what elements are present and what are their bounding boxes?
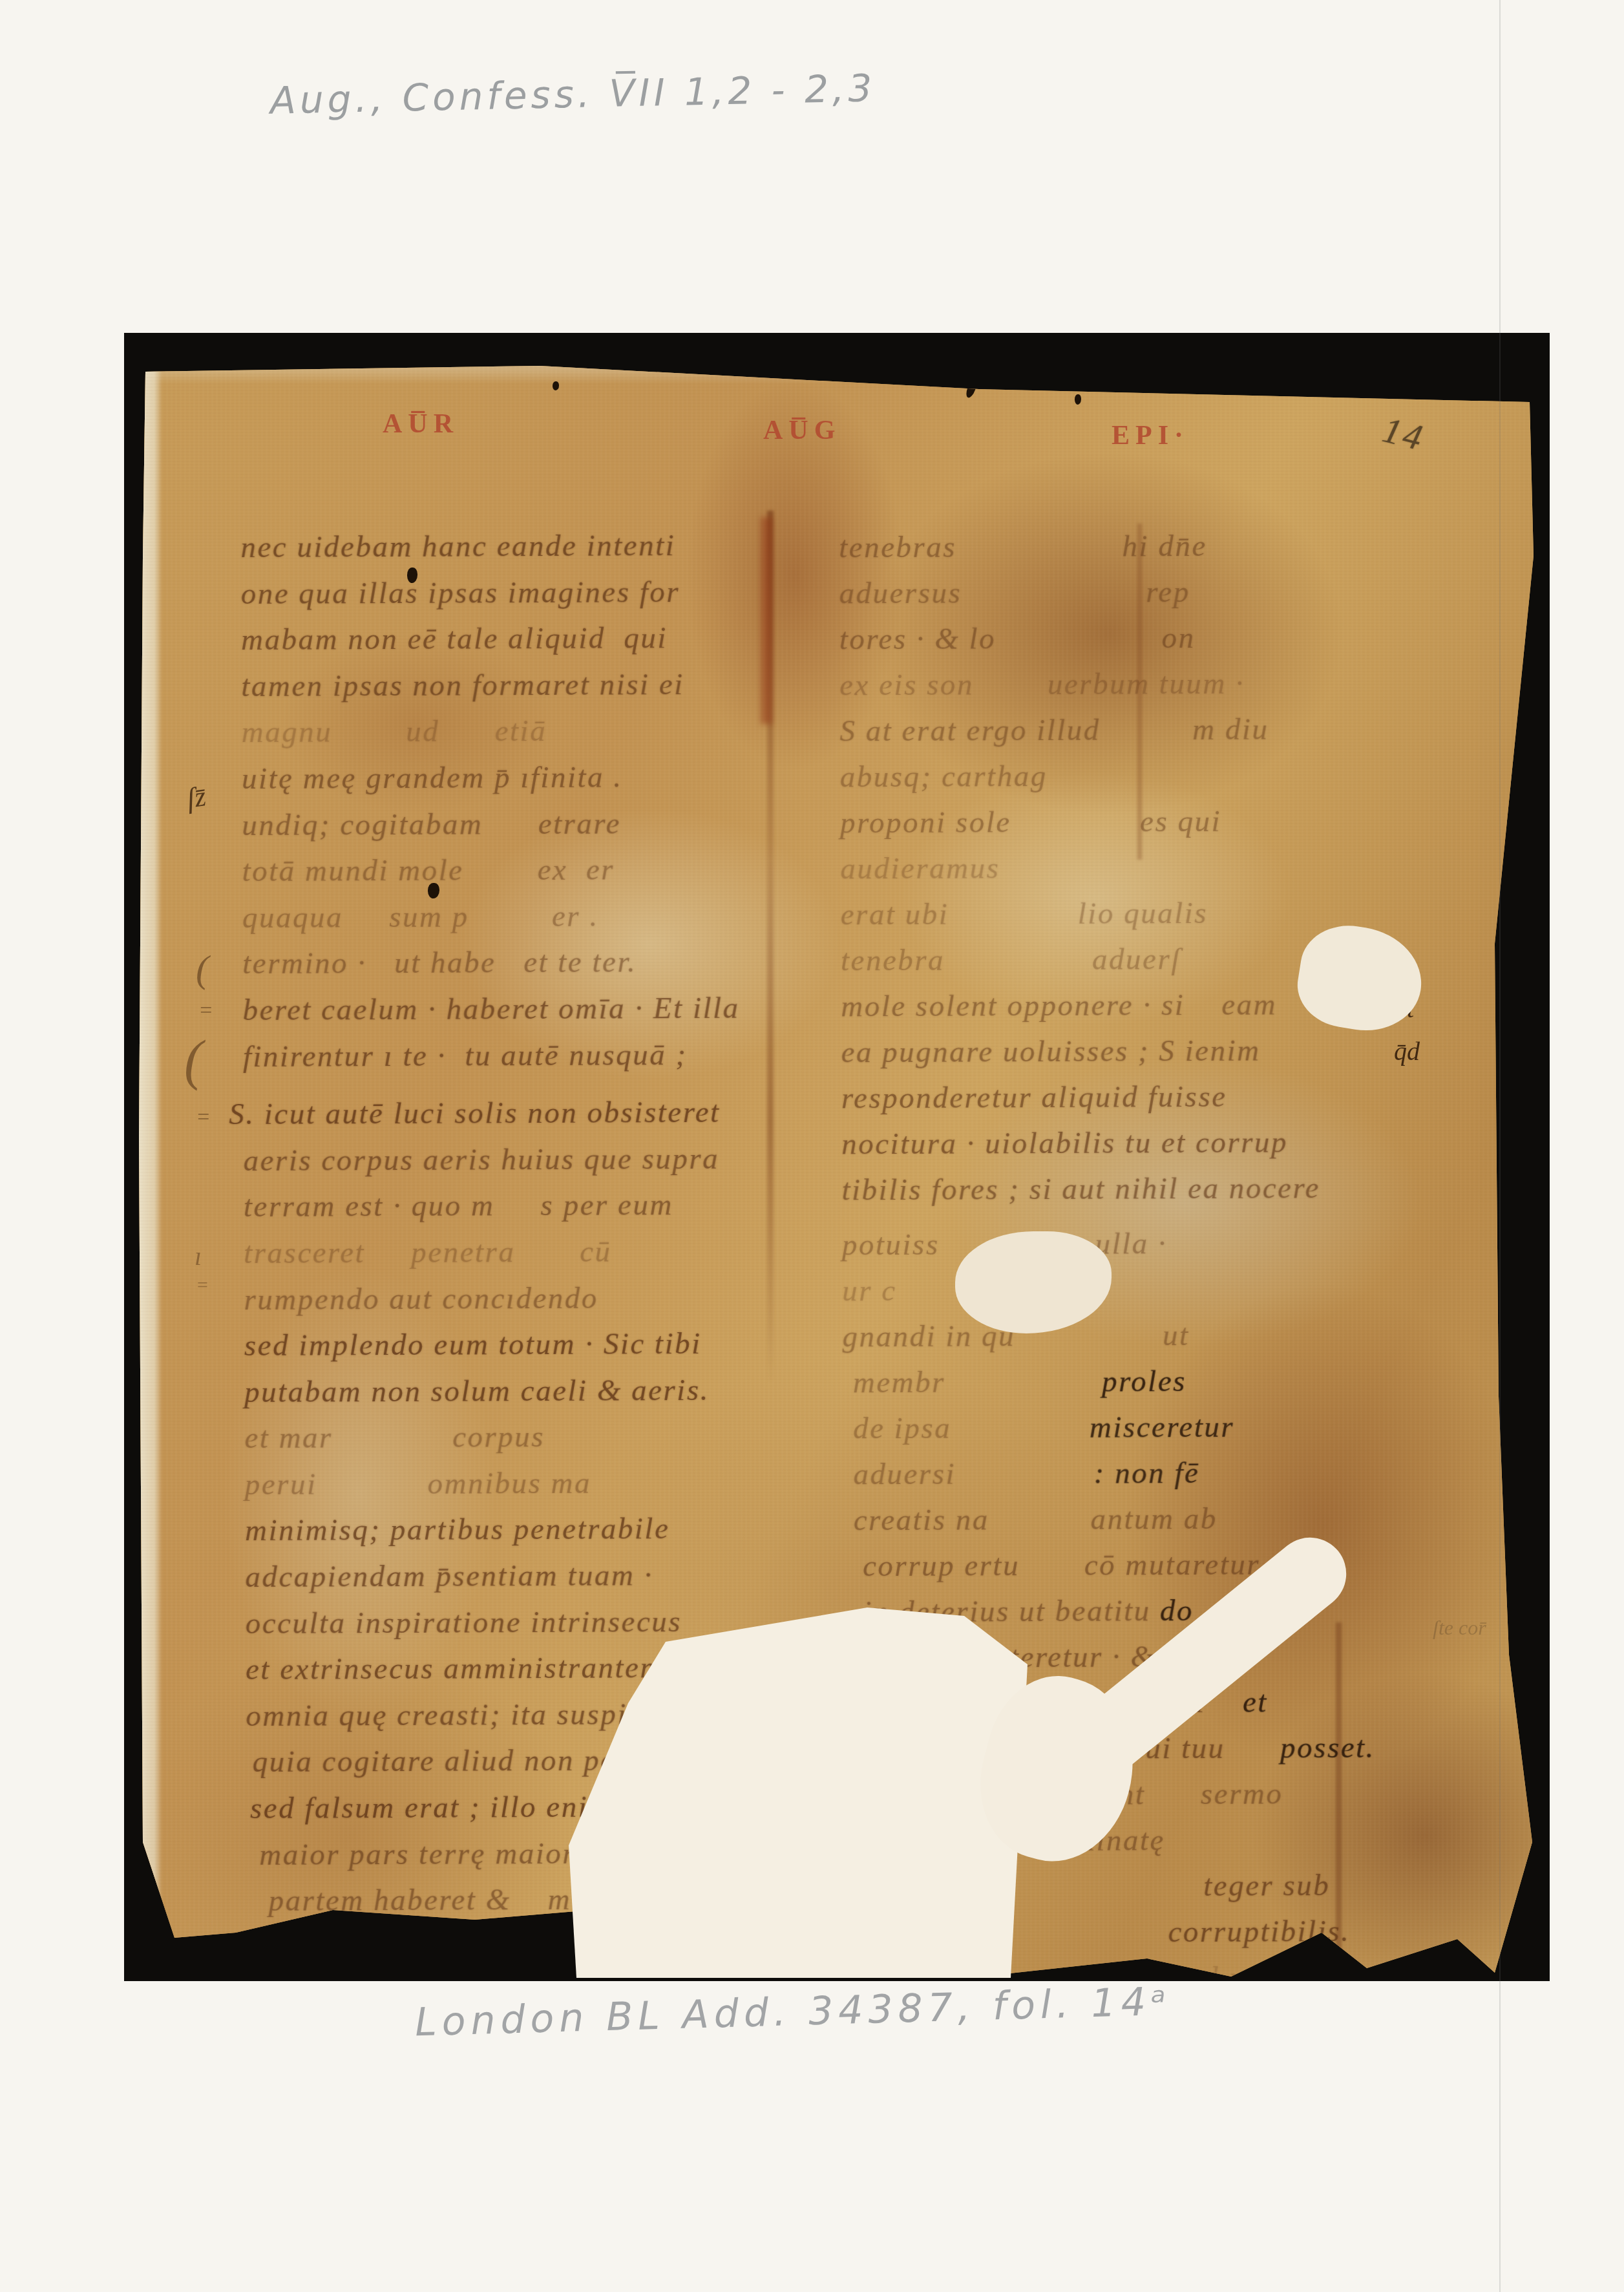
text-line: et mar corpus: [244, 1413, 839, 1462]
text-line: mole solent opponere · si eam: [841, 981, 1539, 1030]
text-line: ur c di: [842, 1266, 1540, 1315]
text-line: termino · ut habe et te ter.: [242, 939, 837, 988]
text-line: S. icut autē luci solis non obsisteret: [229, 1089, 838, 1138]
line-fragment: posset.: [1280, 1731, 1375, 1765]
line-fragment: mole solent opponere · si: [841, 988, 1221, 1024]
line-fragment: ed ıpſu: [1188, 1960, 1283, 1995]
marginal-mark: =: [198, 999, 213, 1023]
line-fragment: uerbum tuum ·: [1048, 667, 1245, 701]
rubric-aug: AU̅G: [763, 415, 841, 446]
text-line: ed ıpſu: [1188, 1954, 1543, 2001]
line-fragment: antum ab: [1090, 1502, 1217, 1536]
line-fragment: ex eis son: [839, 668, 1048, 702]
text-line: undiq; cogitabam etrare: [242, 800, 836, 849]
line-fragment: es qui: [1140, 805, 1221, 839]
photo-mount: AU̅R AU̅G EPI· 14 ſz̄ ( = ( = ı = ōt q̄…: [124, 333, 1550, 1981]
text-line: one qua illas ipsas imagines for: [241, 569, 836, 618]
line-fragment: rep: [1146, 575, 1190, 609]
text-line: nec uidebam hanc eande intenti: [240, 522, 835, 571]
line-fragment: ut: [1163, 1319, 1190, 1352]
text-line: beret caelum · haberet omīa · Et illa: [242, 985, 837, 1034]
line-fragment: sermo: [1201, 1777, 1283, 1811]
line-fragment: misceretur: [1090, 1410, 1235, 1445]
text-line: trasceret penetra cū: [244, 1228, 838, 1277]
marginal-mark: (: [196, 947, 209, 992]
text-line: audieramus: [840, 844, 1538, 893]
text-line: nocitura · uiolabilis tu et corrup: [841, 1119, 1539, 1168]
marginal-mark: (: [184, 1028, 203, 1092]
line-fragment: nocitura · uiolabilis tu et corrup: [841, 1125, 1288, 1161]
line-fragment: membr: [853, 1365, 1102, 1400]
scanned-page: { "colors":{ "page_white":"#f7f5f0", "mo…: [0, 0, 1624, 2292]
line-fragment: tibilis fores ; si aut nihil ea nocere: [841, 1171, 1320, 1207]
marginal-mark: =: [196, 1275, 209, 1297]
line-fragment: proles: [1102, 1364, 1186, 1399]
text-line: erat ubi lio qualis: [840, 889, 1538, 939]
text-line: corrup ertu cō mutaretur: [863, 1541, 1541, 1590]
line-fragment: erat ubi: [841, 897, 1078, 932]
line-fragment: et: [1243, 1685, 1268, 1719]
line-fragment: hi dn̄e: [1122, 529, 1207, 564]
text-line: de ipsa misceretur: [853, 1403, 1541, 1452]
text-line: tenebra aduerſ: [841, 935, 1539, 984]
text-line: mabam non eē tale aliquid qui: [241, 615, 836, 664]
line-fragment: tenebra: [841, 943, 1092, 978]
text-line: minimisq; partibus penetrabile: [245, 1505, 839, 1555]
line-fragment: teger sub: [1203, 1869, 1330, 1903]
text-line: ex eis son uerbum tuum ·: [839, 660, 1537, 709]
text-line: tenebras hi dn̄e: [839, 522, 1537, 571]
rubric-epi: EPI·: [1112, 420, 1189, 451]
line-fragment: corruptibilis.: [1168, 1915, 1350, 1949]
line-fragment: aduersi: [853, 1457, 1093, 1492]
text-line: finirentur ı te · tu autē nusquā ;: [243, 1032, 838, 1081]
text-line: tamen ipsas non formaret nisi ei: [241, 661, 836, 710]
line-fragment: tenebras: [839, 529, 1123, 564]
text-line: terram est · quo m s per eum: [244, 1182, 838, 1231]
text-line: aduersi : non fē: [853, 1449, 1541, 1498]
line-fragment: aduersus: [839, 575, 1146, 610]
line-fragment: S at erat ergo illud: [839, 713, 1192, 748]
text-line: magnu ud etiā: [242, 707, 836, 756]
line-fragment: tores · & lo: [839, 621, 1162, 656]
text-line: responderetur aliquid fuisse: [841, 1073, 1539, 1122]
top-pencil-annotation: Aug., Confess. V̅II 1,2 - 2,3: [269, 66, 876, 123]
text-line: quaqua sum p er .: [242, 893, 837, 942]
line-fragment: proponi sole: [840, 805, 1140, 840]
text-line: adcapiendam p̄sentiam tuam ·: [245, 1552, 839, 1601]
text-line: tores · & lo on: [839, 614, 1537, 663]
line-fragment: audieramus: [840, 851, 1000, 886]
text-line: uitę meę grandem p̄ ıfinita .: [242, 754, 836, 803]
text-line: totā mundi mole ex er: [242, 846, 836, 895]
text-line: tibilis fores ; si aut nihil ea nocere: [841, 1165, 1539, 1214]
line-fragment: responderetur aliquid fuisse: [841, 1080, 1227, 1116]
text-line: aduersus rep: [839, 568, 1537, 617]
line-fragment: cō mutaretur: [1084, 1548, 1261, 1582]
bottom-pencil-annotation: London BL Add. 34387, fol. 14ᵃ: [414, 1979, 1172, 2046]
text-line: sed implendo eum totum · Sic tibi: [244, 1321, 839, 1370]
line-fragment: de ipsa: [853, 1411, 1090, 1446]
text-line: S at erat ergo illud m diu: [839, 706, 1537, 755]
text-line: teger sub: [1203, 1862, 1543, 1909]
scan-seam-line: [1499, 0, 1501, 2292]
text-line: potuiss ut ulla ·: [842, 1220, 1540, 1269]
rubric-aur: AU̅R: [383, 409, 459, 440]
marginal-mark: =: [196, 1105, 211, 1130]
line-fragment: eam: [1221, 988, 1277, 1021]
text-line: creatis na antum ab: [854, 1495, 1541, 1544]
text-line: corruptibilis.: [1168, 1908, 1543, 1956]
text-line: ea pugnare uoluisses ; S ienim: [841, 1027, 1539, 1076]
line-fragment: m diu: [1192, 712, 1269, 747]
line-fragment: corrup ertu: [863, 1549, 1084, 1583]
text-line: gnandi in qu ut: [842, 1311, 1540, 1361]
text-line: abusq; carthag: [840, 752, 1538, 801]
text-line: putabam non solum caeli & aeris.: [244, 1367, 839, 1416]
line-fragment: abusq; carthag: [840, 759, 1048, 794]
line-fragment: lio qualis: [1078, 897, 1208, 931]
line-fragment: ea pugnare uoluisses ; S ienim: [841, 1034, 1260, 1070]
line-fragment: creatis na: [854, 1503, 1091, 1538]
line-fragment: : non fē: [1094, 1456, 1200, 1491]
line-fragment: on: [1162, 621, 1196, 655]
marginal-mark: ı: [195, 1241, 202, 1271]
text-line: perui omnibus ma: [245, 1459, 839, 1509]
text-line: membr proles: [853, 1357, 1541, 1406]
text-line: rumpendo aut concıdendo: [244, 1274, 838, 1323]
text-line: proponi sole es qui: [840, 798, 1538, 847]
text-line: aeris corpus aeris huius que supra: [243, 1136, 838, 1185]
line-fragment: aduerſ: [1092, 942, 1181, 977]
